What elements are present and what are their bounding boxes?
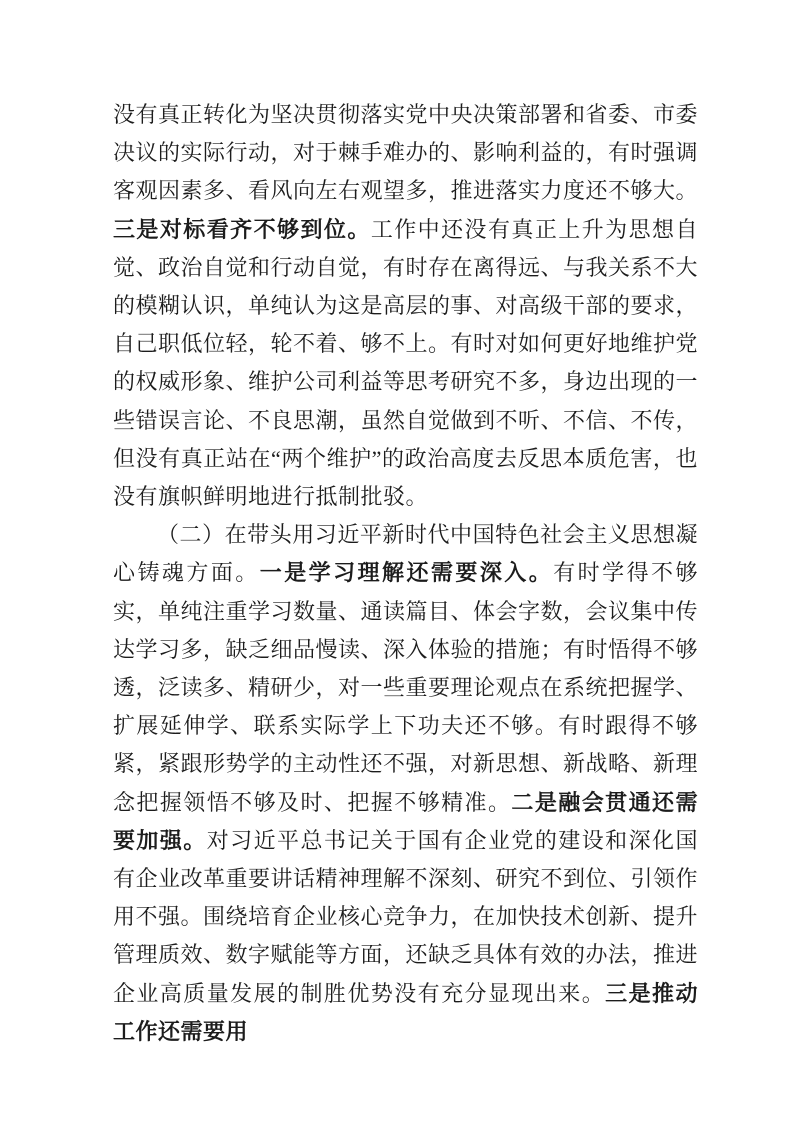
document-body: 没有真正转化为坚决贯彻落实党中央决策部署和省委、市委决议的实际行动，对于棘手难办… [113, 96, 698, 1051]
text-run-normal: 没有真正转化为坚决贯彻落实党中央决策部署和省委、市委决议的实际行动，对于棘手难办… [113, 102, 698, 203]
text-run-normal: 工作中还没有真正上升为思想自觉、政治自觉和行动自觉，有时存在离得远、与我关系不大… [113, 217, 698, 509]
paragraph: （二）在带头用习近平新时代中国特色社会主义思想凝心铸魂方面。一是学习理解还需要深… [113, 516, 698, 1051]
paragraph: 没有真正转化为坚决贯彻落实党中央决策部署和省委、市委决议的实际行动，对于棘手难办… [113, 96, 698, 516]
text-run-bold: 一是学习理解还需要深入。 [260, 560, 553, 585]
document-page: 没有真正转化为坚决贯彻落实党中央决策部署和省委、市委决议的实际行动，对于棘手难办… [0, 0, 793, 1122]
text-run-bold: 三是对标看齐不够到位。 [113, 217, 371, 242]
text-run-normal: 有时学得不够实，单纯注重学习数量、通读篇目、体会字数，会议集中传达学习多，缺乏细… [113, 560, 698, 814]
text-run-normal: 对习近平总书记关于国有企业党的建设和深化国有企业改革重要讲话精神理解不深刻、研究… [113, 828, 698, 1006]
